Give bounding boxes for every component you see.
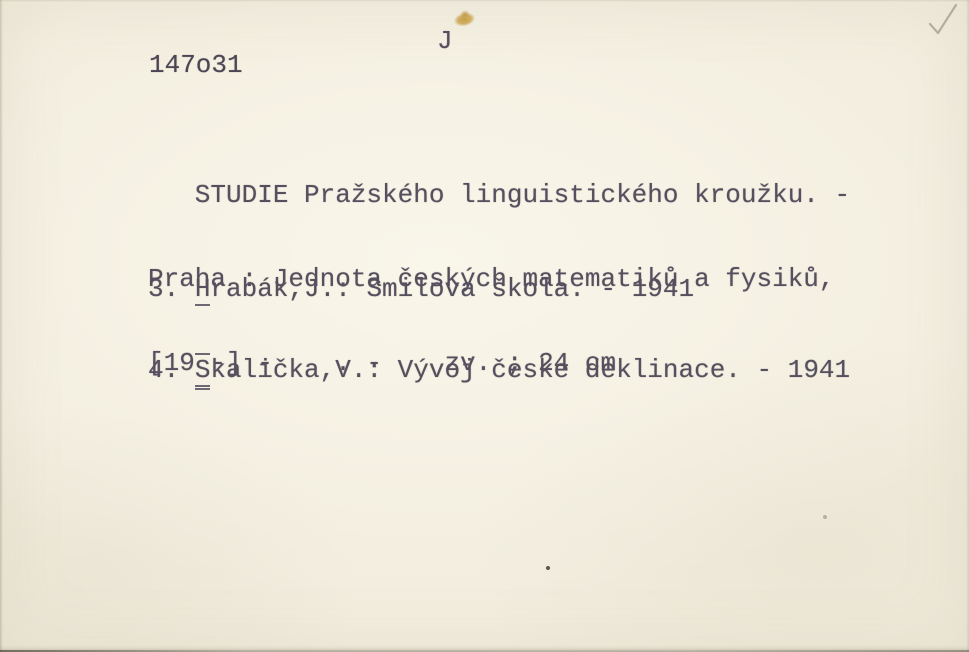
volume-entry: 3. Hrabák,J.: Smilova škola. - 1941: [148, 276, 850, 303]
entry-text: kalička,V.: Vývoj česke deklinace. - 194…: [210, 355, 850, 385]
dirt-speck-dark: [546, 566, 550, 570]
entry-text: rabák,J.: Smilova škola. - 1941: [210, 274, 694, 304]
description-line-title: STUDIE Pražského linguistického kroužku.…: [148, 181, 850, 209]
entry-marked-letter: S: [195, 353, 211, 390]
heading-letter: J: [437, 26, 453, 56]
scan-edge-top: [0, 0, 969, 2]
volume-entries: 3. Hrabák,J.: Smilova škola. - 1941 4. S…: [148, 222, 850, 438]
scan-edge-left: [0, 0, 3, 652]
entry-marked-letter: H: [195, 274, 211, 306]
dirt-speck-light: [823, 515, 827, 519]
library-catalog-card: 147o31 J STUDIE Pražského linguistického…: [0, 0, 969, 652]
call-number: 147o31: [149, 50, 243, 80]
pencil-checkmark-icon: [922, 0, 964, 42]
entry-number: 4.: [148, 355, 195, 385]
entry-number: 3.: [148, 274, 195, 304]
ink-smudge-lobe: [460, 10, 470, 18]
volume-entry: 4. Skalička,V.: Vývoj česke deklinace. -…: [148, 357, 850, 384]
